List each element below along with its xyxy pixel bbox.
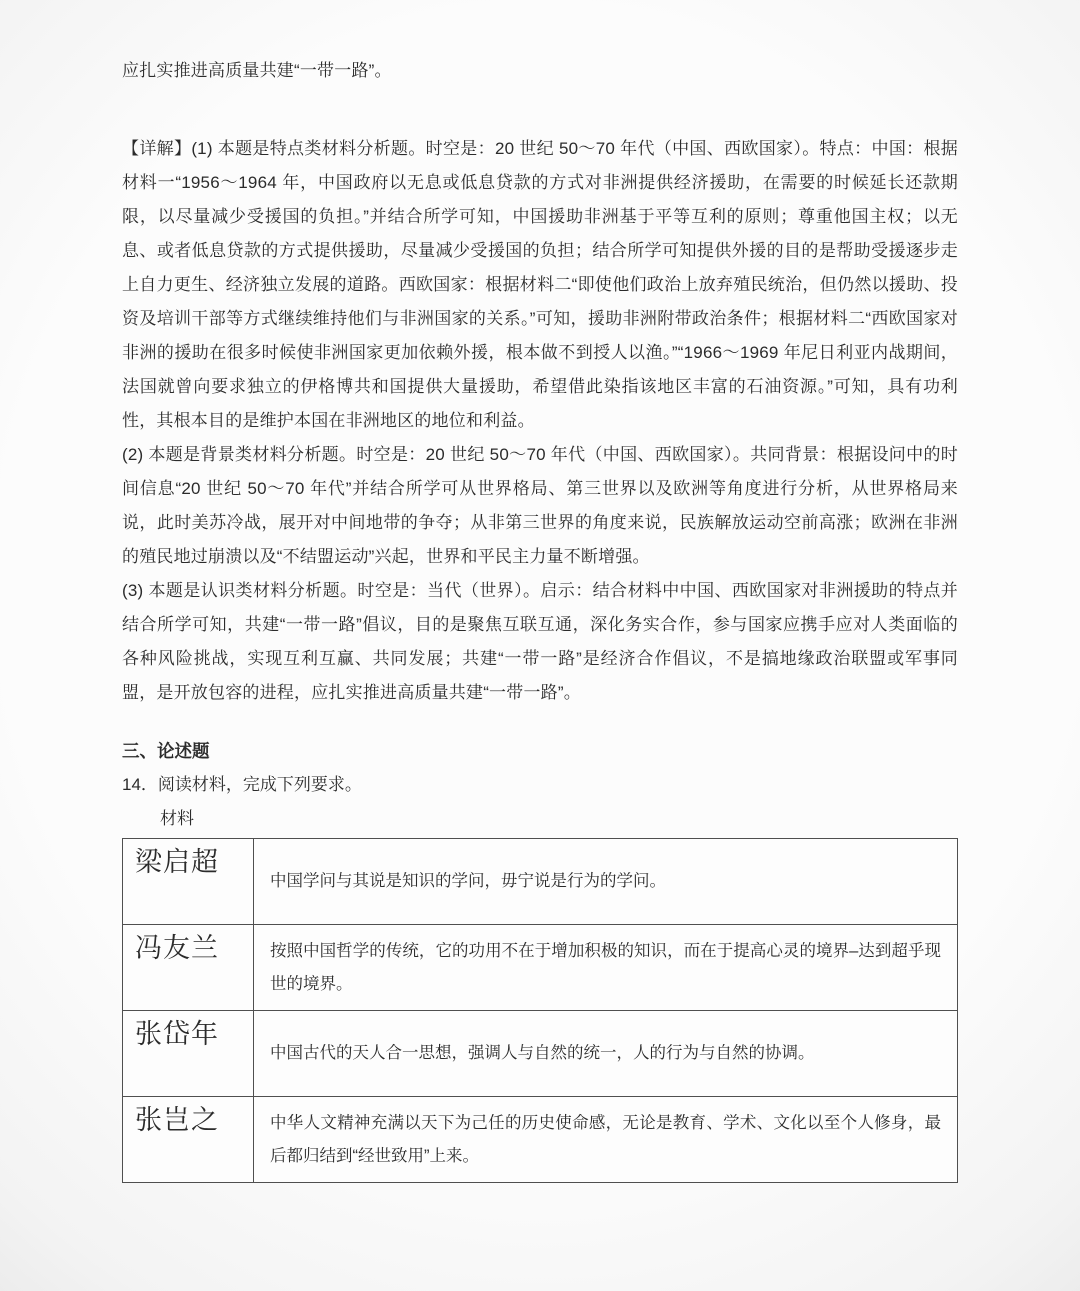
analysis-part-1-text: (1) 本题是特点类材料分析题。时空是：20 世纪 50～70 年代（中国、西欧…: [122, 139, 958, 430]
section-heading: 三、论述题: [122, 734, 958, 768]
analysis-part-3: (3) 本题是认识类材料分析题。时空是：当代（世界）。启示：结合材料中中国、西欧…: [122, 574, 958, 710]
author-quote: 中国古代的天人合一思想，强调人与自然的统一，人的行为与自然的协调。: [254, 1011, 958, 1097]
material-table: 梁启超 中国学问与其说是知识的学问，毋宁说是行为的学问。 冯友兰 按照中国哲学的…: [122, 838, 958, 1183]
material-label: 材料: [122, 802, 958, 836]
analysis-label: 【详解】: [122, 139, 191, 158]
author-name: 冯友兰: [123, 925, 254, 1011]
intro-line: 应扎实推进高质量共建“一带一路”。: [122, 54, 958, 88]
question-line: 14．阅读材料，完成下列要求。: [122, 768, 958, 802]
author-quote: 按照中国哲学的传统，它的功用不在于增加积极的知识，而在于提高心灵的境界–达到超乎…: [254, 925, 958, 1011]
document-page: 应扎实推进高质量共建“一带一路”。 【详解】(1) 本题是特点类材料分析题。时空…: [122, 54, 958, 1183]
author-name: 张岂之: [123, 1097, 254, 1183]
table-row: 张岂之 中华人文精神充满以天下为己任的历史使命感，无论是教育、学术、文化以至个人…: [123, 1097, 958, 1183]
analysis-part-1: 【详解】(1) 本题是特点类材料分析题。时空是：20 世纪 50～70 年代（中…: [122, 132, 958, 438]
author-quote: 中华人文精神充满以天下为己任的历史使命感，无论是教育、学术、文化以至个人修身，最…: [254, 1097, 958, 1183]
table-row: 冯友兰 按照中国哲学的传统，它的功用不在于增加积极的知识，而在于提高心灵的境界–…: [123, 925, 958, 1011]
author-name: 张岱年: [123, 1011, 254, 1097]
table-row: 张岱年 中国古代的天人合一思想，强调人与自然的统一，人的行为与自然的协调。: [123, 1011, 958, 1097]
analysis-part-2: (2) 本题是背景类材料分析题。时空是：20 世纪 50～70 年代（中国、西欧…: [122, 438, 958, 574]
analysis-block: 【详解】(1) 本题是特点类材料分析题。时空是：20 世纪 50～70 年代（中…: [122, 132, 958, 710]
author-name: 梁启超: [123, 839, 254, 925]
author-quote: 中国学问与其说是知识的学问，毋宁说是行为的学问。: [254, 839, 958, 925]
table-row: 梁启超 中国学问与其说是知识的学问，毋宁说是行为的学问。: [123, 839, 958, 925]
